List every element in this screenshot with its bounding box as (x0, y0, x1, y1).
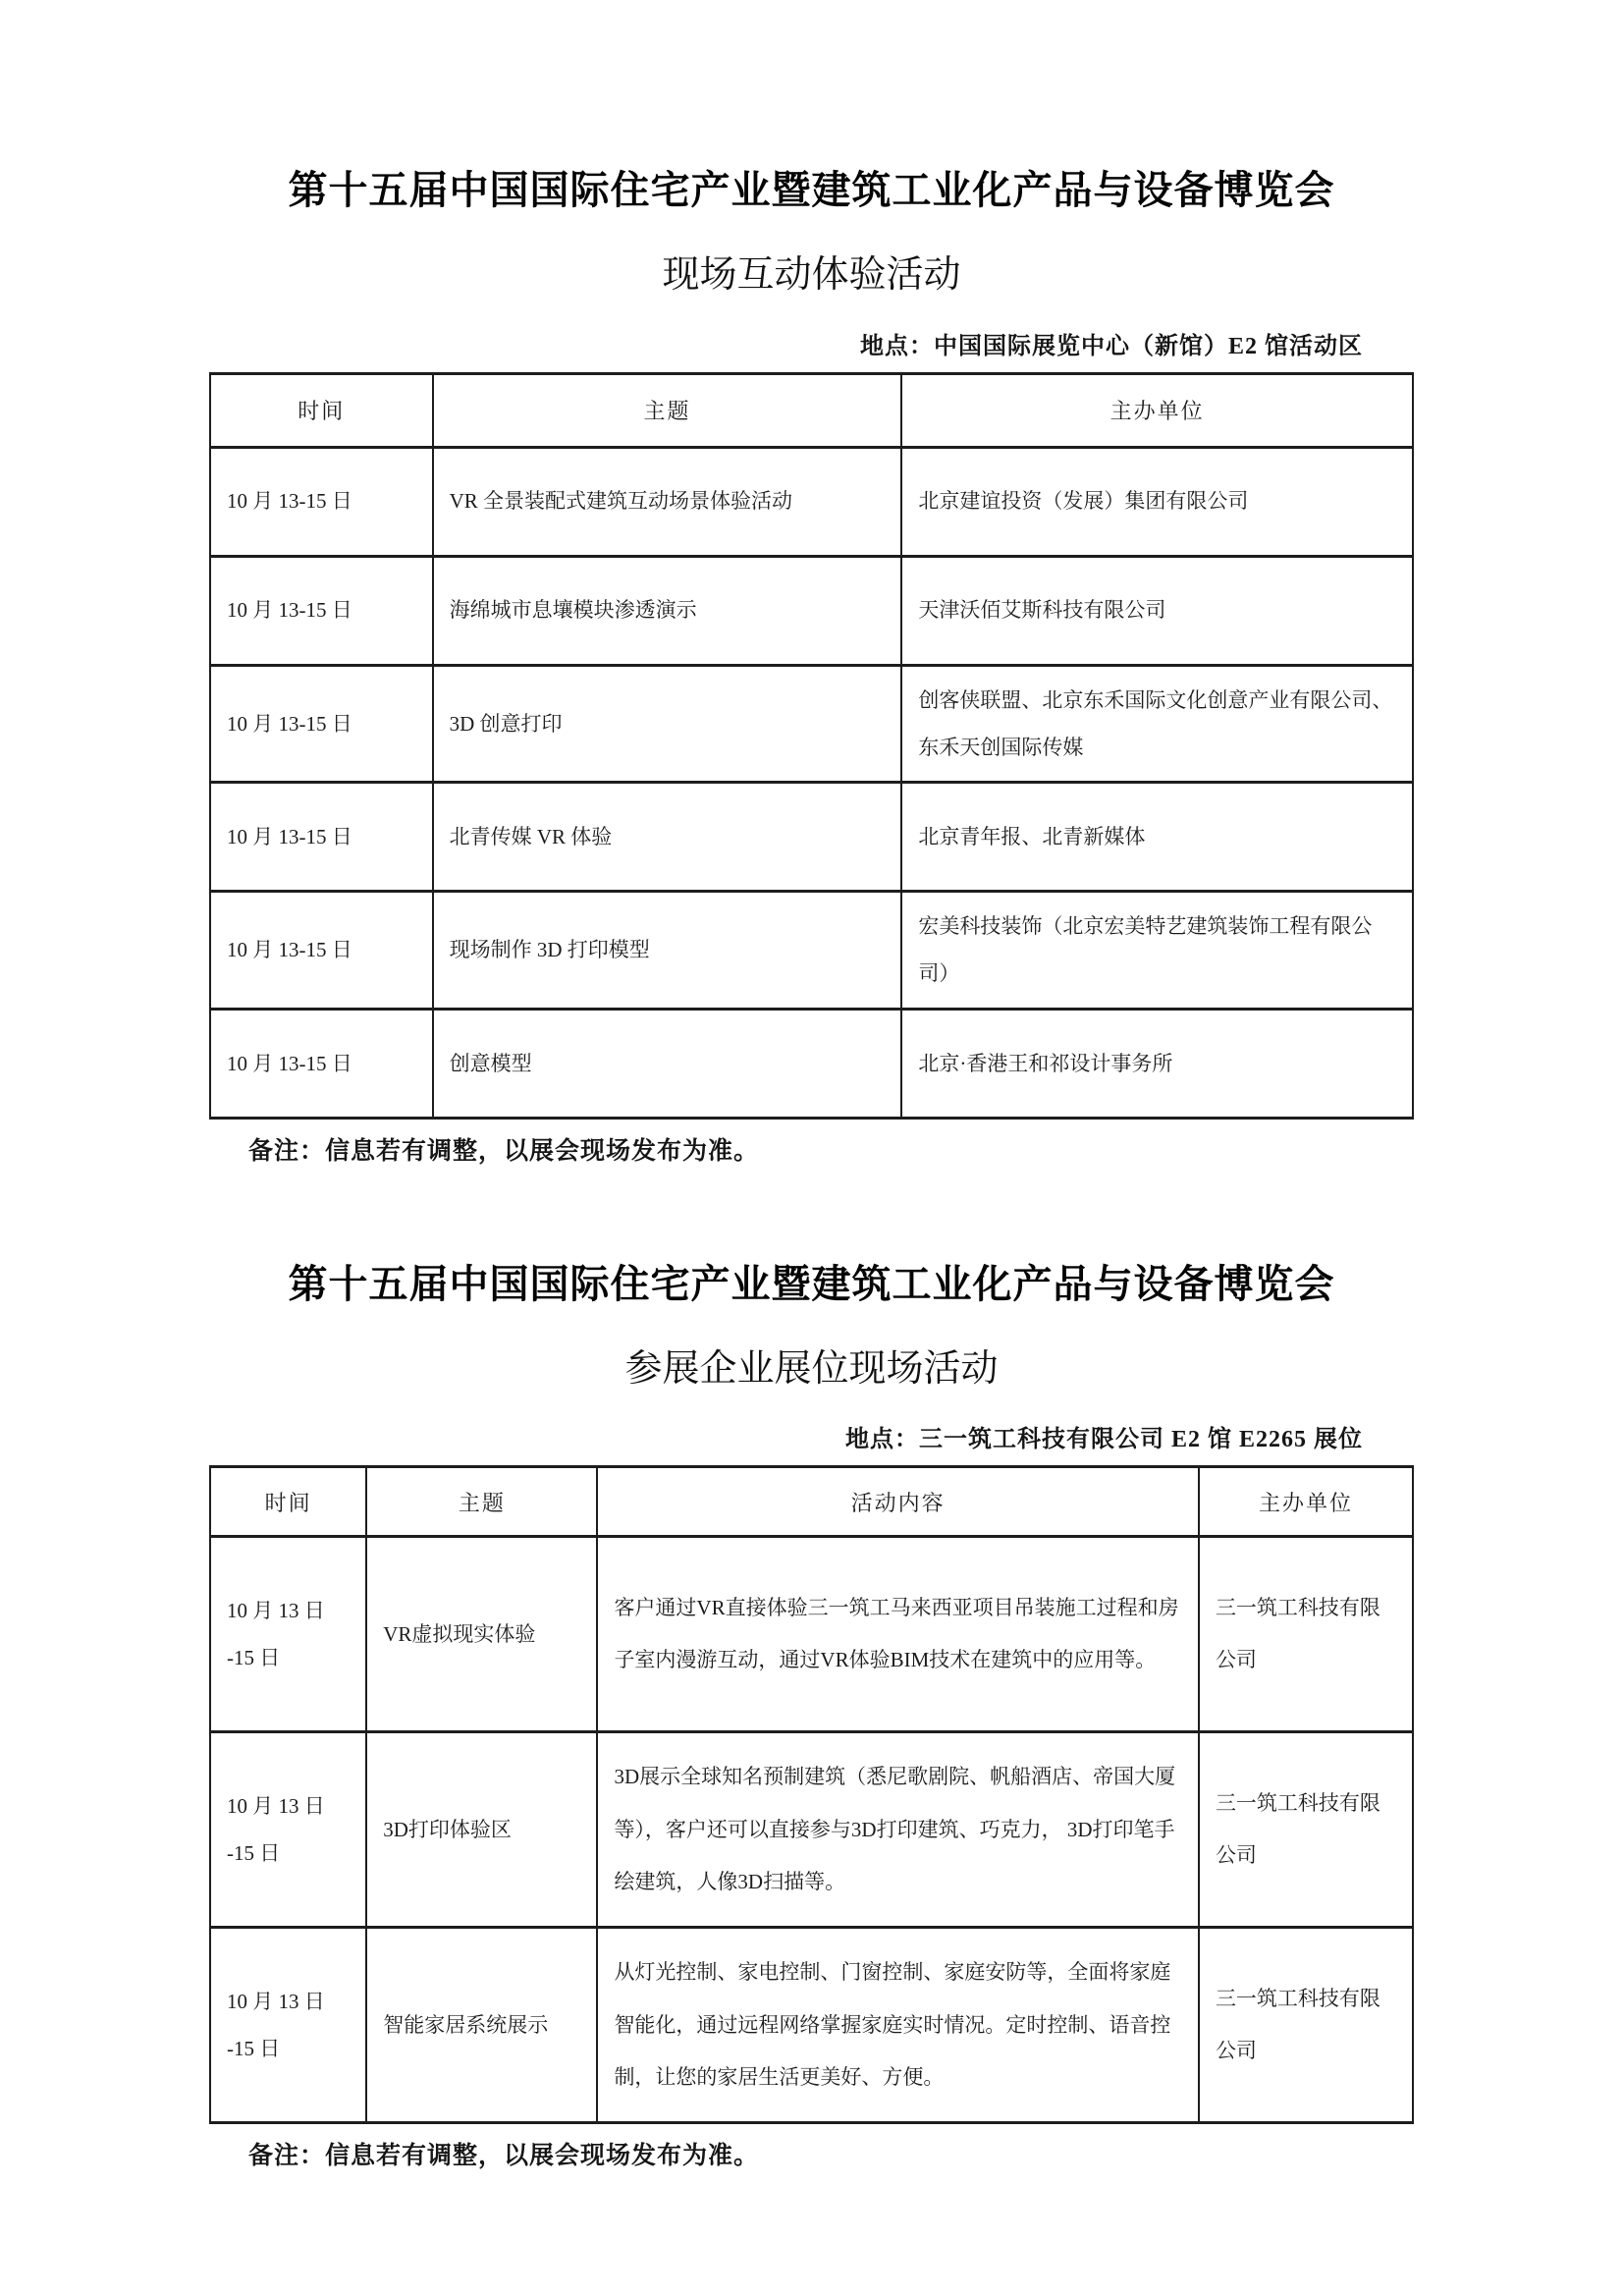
table-cell: 创意模型 (433, 1009, 902, 1118)
table-cell: 三一筑工科技有限公司 (1199, 1928, 1413, 2123)
table-cell: 10 月 13-15 日 (210, 1009, 433, 1118)
table-cell: VR虚拟现实体验 (366, 1537, 597, 1732)
column-header: 主题 (433, 373, 902, 447)
section-subtitle: 参展企业展位现场活动 (209, 1347, 1414, 1393)
section-interactive-activities: 第十五届中国国际住宅产业暨建筑工业化产品与设备博览会 现场互动体验活动 地点：中… (209, 0, 1414, 1167)
column-header: 活动内容 (597, 1467, 1199, 1537)
activities-table: 时间主题主办单位10 月 13-15 日VR 全景装配式建筑互动场景体验活动北京… (209, 372, 1414, 1120)
table-cell: VR 全景装配式建筑互动场景体验活动 (433, 447, 902, 556)
table-row: 10 月 13-15 日创意模型北京·香港王和祁设计事务所 (210, 1009, 1413, 1118)
table-cell: 10 月 13-15 日 (210, 665, 433, 783)
table-cell: 10 月 13-15 日 (210, 556, 433, 665)
column-header: 主办单位 (1199, 1467, 1413, 1537)
note-line: 备注：信息若有调整，以展会现场发布为准。 (248, 2136, 1414, 2171)
table-cell: 三一筑工科技有限公司 (1199, 1732, 1413, 1928)
column-header: 时间 (210, 373, 433, 447)
table-row: 10 月 13-15 日现场制作 3D 打印模型宏美科技装饰（北京宏美特艺建筑装… (210, 892, 1413, 1010)
table-row: 10 月 13-15 日海绵城市息壤模块渗透演示天津沃佰艾斯科技有限公司 (210, 556, 1413, 665)
note-line: 备注：信息若有调整，以展会现场发布为准。 (248, 1131, 1414, 1167)
table-cell: 10 月 13 日 -15 日 (210, 1732, 366, 1928)
table-cell: 现场制作 3D 打印模型 (433, 892, 902, 1010)
table-cell: 3D打印体验区 (366, 1732, 597, 1928)
table-cell: 10 月 13-15 日 (210, 447, 433, 556)
table-cell: 宏美科技装饰（北京宏美特艺建筑装饰工程有限公司） (901, 892, 1413, 1010)
table-cell: 从灯光控制、家电控制、门窗控制、家庭安防等，全面将家庭智能化，通过远程网络掌握家… (597, 1928, 1199, 2123)
table-cell: 智能家居系统展示 (366, 1928, 597, 2123)
table-cell: 3D 创意打印 (433, 665, 902, 783)
table-cell: 北京·香港王和祁设计事务所 (901, 1009, 1413, 1118)
table-cell: 客户通过VR直接体验三一筑工马来西亚项目吊装施工过程和房子室内漫游互动，通过VR… (597, 1537, 1199, 1732)
section-booth-activities: 第十五届中国国际住宅产业暨建筑工业化产品与设备博览会 参展企业展位现场活动 地点… (209, 1167, 1414, 2172)
document-page: 第十五届中国国际住宅产业暨建筑工业化产品与设备博览会 现场互动体验活动 地点：中… (0, 0, 1623, 2296)
table-cell: 创客侠联盟、北京东禾国际文化创意产业有限公司、东禾天创国际传媒 (901, 665, 1413, 783)
column-header: 时间 (210, 1467, 366, 1537)
table-cell: 10 月 13 日 -15 日 (210, 1537, 366, 1732)
location-line: 地点：三一筑工科技有限公司 E2 馆 E2265 展位 (209, 1419, 1414, 1453)
table-row: 10 月 13 日 -15 日智能家居系统展示从灯光控制、家电控制、门窗控制、家… (210, 1928, 1413, 2123)
table-cell: 3D展示全球知名预制建筑（悉尼歌剧院、帆船酒店、帝国大厦等），客户还可以直接参与… (597, 1732, 1199, 1928)
section-subtitle: 现场互动体验活动 (209, 253, 1414, 299)
table-cell: 北京青年报、北青新媒体 (901, 783, 1413, 892)
table-cell: 10 月 13 日 -15 日 (210, 1928, 366, 2123)
table-cell: 天津沃佰艾斯科技有限公司 (901, 556, 1413, 665)
table-cell: 北青传媒 VR 体验 (433, 783, 902, 892)
location-line: 地点：中国国际展览中心（新馆）E2 馆活动区 (209, 326, 1414, 360)
table-cell: 10 月 13-15 日 (210, 892, 433, 1010)
table-cell: 海绵城市息壤模块渗透演示 (433, 556, 902, 665)
section-title: 第十五届中国国际住宅产业暨建筑工业化产品与设备博览会 (209, 1261, 1414, 1308)
table-row: 10 月 13-15 日北青传媒 VR 体验北京青年报、北青新媒体 (210, 783, 1413, 892)
table-cell: 三一筑工科技有限公司 (1199, 1537, 1413, 1732)
table-row: 10 月 13 日 -15 日VR虚拟现实体验客户通过VR直接体验三一筑工马来西… (210, 1537, 1413, 1732)
table-cell: 10 月 13-15 日 (210, 783, 433, 892)
booth-table: 时间主题活动内容主办单位10 月 13 日 -15 日VR虚拟现实体验客户通过V… (209, 1465, 1414, 2124)
table-header-row: 时间主题主办单位 (210, 373, 1413, 447)
table-header-row: 时间主题活动内容主办单位 (210, 1467, 1413, 1537)
table-row: 10 月 13 日 -15 日3D打印体验区3D展示全球知名预制建筑（悉尼歌剧院… (210, 1732, 1413, 1928)
section-title: 第十五届中国国际住宅产业暨建筑工业化产品与设备博览会 (209, 167, 1414, 214)
table-row: 10 月 13-15 日3D 创意打印创客侠联盟、北京东禾国际文化创意产业有限公… (210, 665, 1413, 783)
table-cell: 北京建谊投资（发展）集团有限公司 (901, 447, 1413, 556)
column-header: 主办单位 (901, 373, 1413, 447)
column-header: 主题 (366, 1467, 597, 1537)
table-row: 10 月 13-15 日VR 全景装配式建筑互动场景体验活动北京建谊投资（发展）… (210, 447, 1413, 556)
document-content: 第十五届中国国际住宅产业暨建筑工业化产品与设备博览会 现场互动体验活动 地点：中… (209, 0, 1414, 2171)
